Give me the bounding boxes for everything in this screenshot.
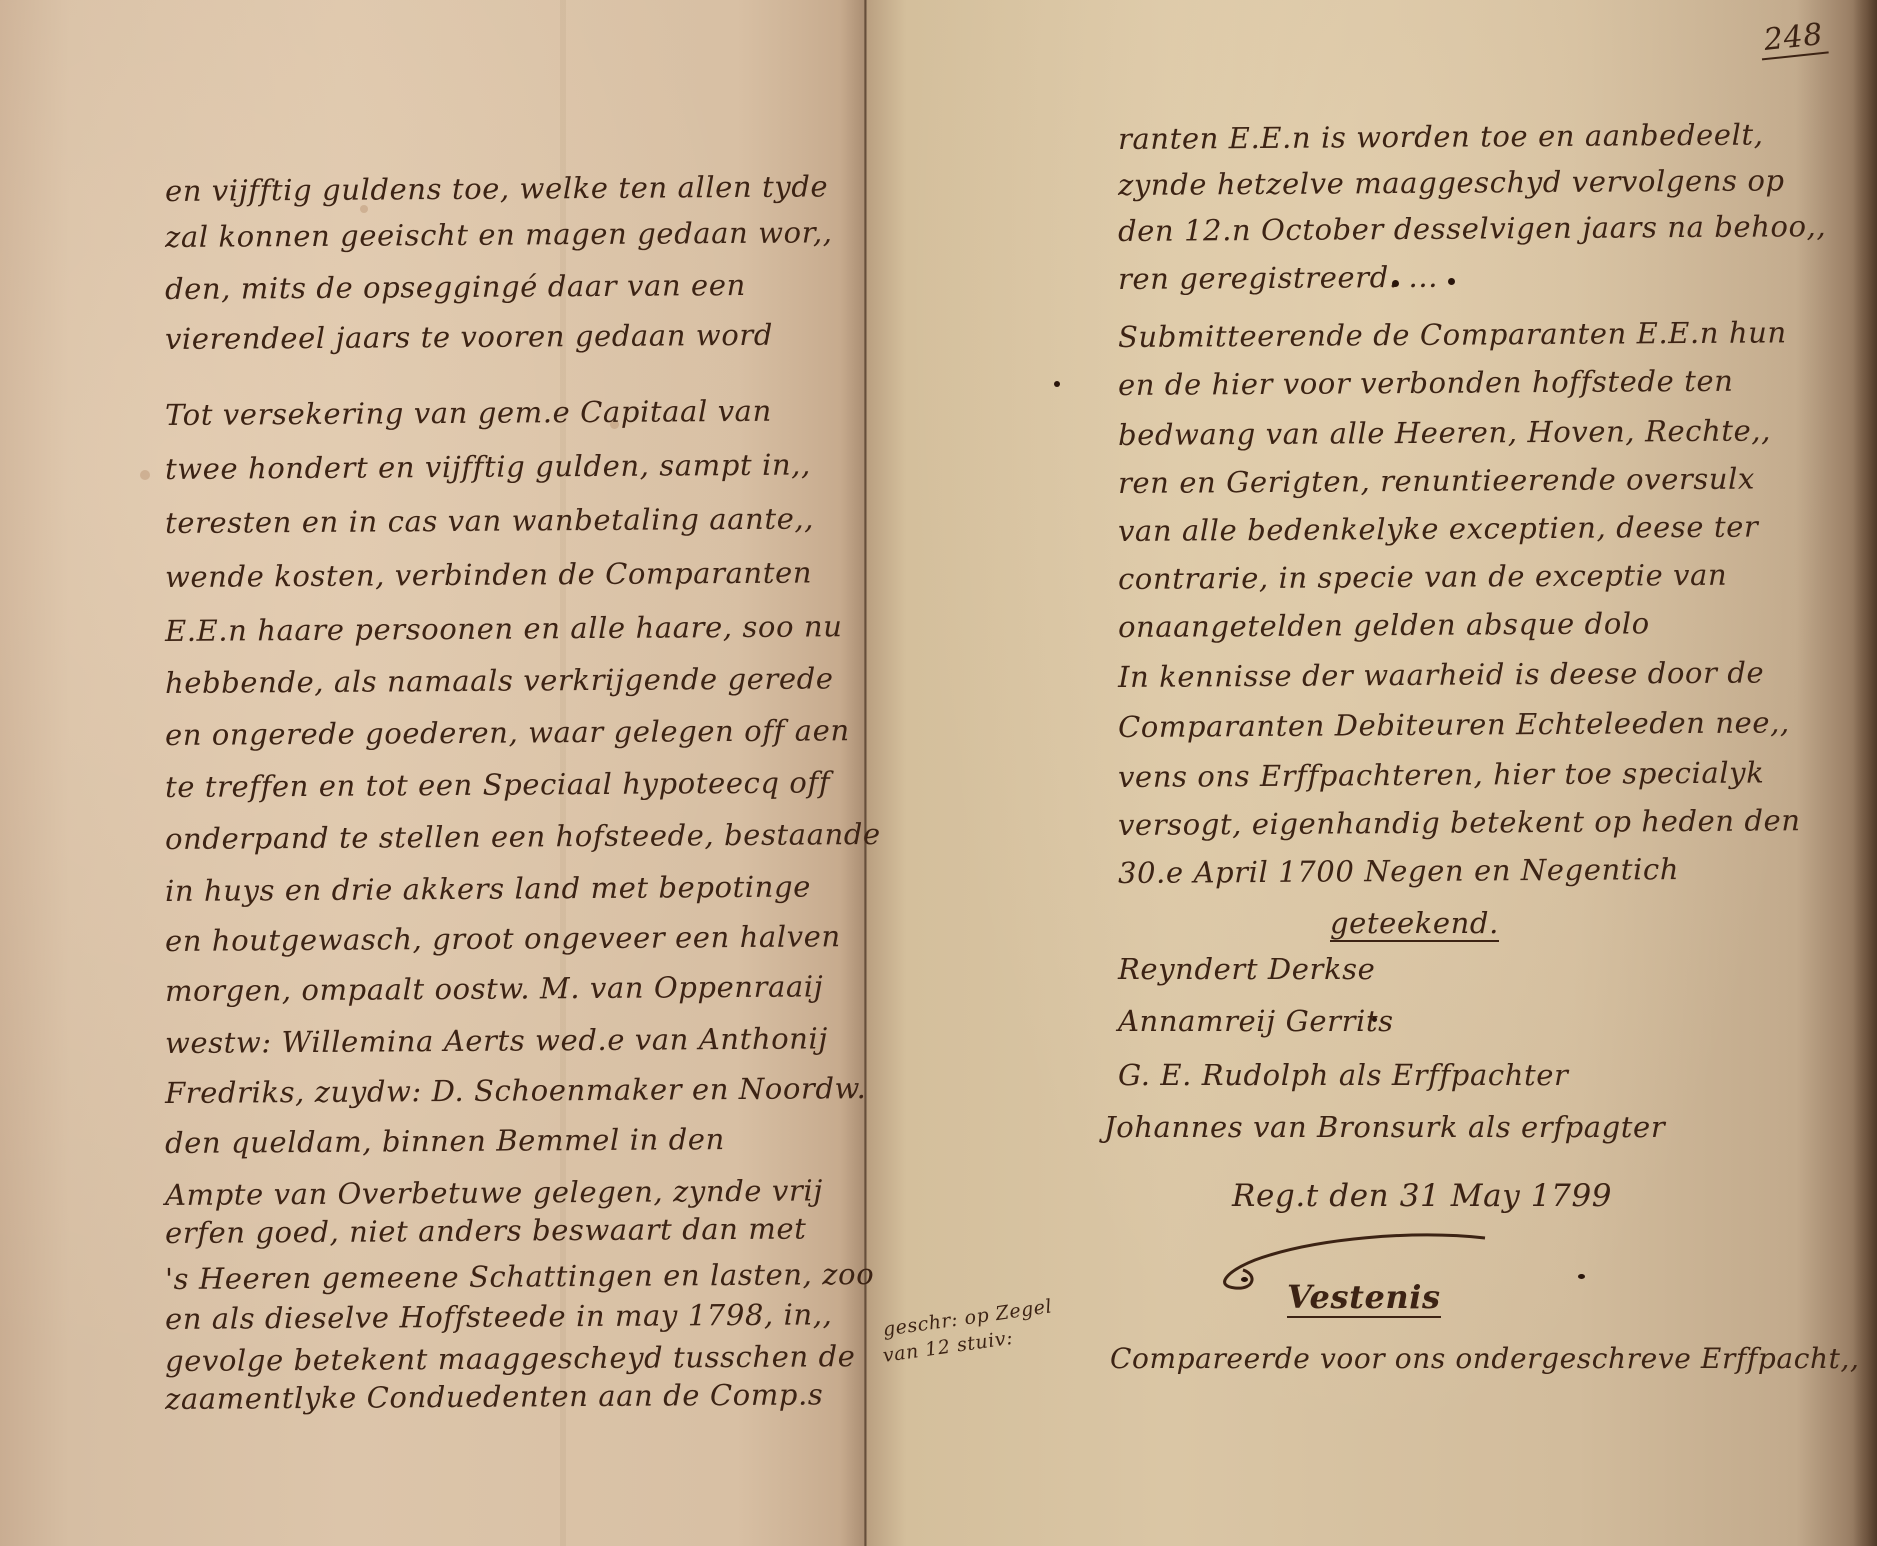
manuscript-line: den 12.n October desselvigen jaars na be… bbox=[1118, 209, 1826, 248]
manuscript-line: wende kosten, verbinden de Comparanten bbox=[165, 555, 812, 594]
manuscript-line: morgen, ompaalt oostw. M. van Oppenraaij bbox=[165, 969, 824, 1008]
ink-spot bbox=[1241, 1277, 1248, 1282]
manuscript-line: Compareerde voor ons ondergeschreve Erff… bbox=[1110, 1342, 1859, 1375]
manuscript-line: den queldam, binnen Bemmel in den bbox=[165, 1122, 725, 1160]
manuscript-line: Comparanten Debiteuren Echteleeden nee,, bbox=[1118, 705, 1790, 744]
manuscript-line: en houtgewasch, groot ongeveer een halve… bbox=[165, 919, 841, 958]
manuscript-line: vens ons Erffpachteren, hier toe special… bbox=[1118, 755, 1765, 794]
signature: Annamreij Gerrits bbox=[1118, 1004, 1394, 1038]
manuscript-line: en vijfftig guldens toe, welke ten allen… bbox=[165, 169, 828, 208]
book-gutter bbox=[864, 0, 867, 1546]
manuscript-line: contrarie, in specie van de exceptie van bbox=[1118, 558, 1727, 596]
ink-spot bbox=[1392, 280, 1399, 287]
manuscript-line: in huys en drie akkers land met bepoting… bbox=[165, 869, 811, 908]
manuscript-line: Fredriks, zuydw: D. Schoenmaker en Noord… bbox=[165, 1071, 867, 1110]
manuscript-line: erfen goed, niet anders beswaart dan met bbox=[165, 1212, 807, 1250]
section-heading: Vestenis bbox=[1287, 1278, 1441, 1318]
manuscript-line: Submitteerende de Comparanten E.E.n hun bbox=[1118, 315, 1787, 354]
signature: G. E. Rudolph als Erffpachter bbox=[1118, 1058, 1568, 1092]
ink-spot bbox=[1448, 278, 1455, 285]
manuscript-line: te treffen en tot een Speciaal hypoteecq… bbox=[165, 765, 830, 804]
manuscript-line: vierendeel jaars te vooren gedaan word bbox=[165, 318, 773, 356]
manuscript-line: zaamentlyke Conduedenten aan de Comp.s bbox=[165, 1377, 824, 1416]
manuscript-line: teresten en in cas van wanbetaling aante… bbox=[165, 501, 814, 540]
manuscript-line: bedwang van alle Heeren, Hoven, Rechte,, bbox=[1118, 413, 1771, 452]
ink-spot bbox=[1372, 1017, 1377, 1022]
manuscript-line: van alle bedenkelyke exceptien, deese te… bbox=[1118, 510, 1759, 548]
signature: Johannes van Bronsurk als erfpagter bbox=[1104, 1110, 1665, 1144]
ink-spot bbox=[1578, 1274, 1585, 1279]
manuscript-line: E.E.n haare persoonen en alle haare, soo… bbox=[165, 609, 843, 648]
manuscript-line: en ongerede goederen, waar gelegen off a… bbox=[165, 713, 850, 752]
manuscript-line: onderpand te stellen een hofsteede, best… bbox=[165, 817, 881, 856]
manuscript-line: onaangetelden gelden absque dolo bbox=[1118, 606, 1650, 644]
manuscript-line: zynde hetzelve maaggeschyd vervolgens op bbox=[1118, 163, 1785, 202]
paper-stain bbox=[140, 470, 150, 480]
signature: Reyndert Derkse bbox=[1118, 952, 1375, 986]
manuscript-line: versogt, eigenhandig betekent op heden d… bbox=[1118, 803, 1801, 842]
manuscript-line: ranten E.E.n is worden toe en aanbedeelt… bbox=[1118, 117, 1764, 156]
manuscript-line: 's Heeren gemeene Schattingen en lasten,… bbox=[165, 1257, 874, 1296]
manuscript-line: Tot versekering van gem.e Capitaal van bbox=[165, 394, 772, 432]
manuscript-line: Ampte van Overbetuwe gelegen, zynde vrij bbox=[165, 1173, 823, 1212]
manuscript-line: westw: Willemina Aerts wed.e van Anthoni… bbox=[165, 1021, 828, 1060]
ink-spot bbox=[1054, 381, 1060, 387]
manuscript-line: en als dieselve Hoffsteede in may 1798, … bbox=[165, 1297, 833, 1336]
manuscript-line: ren geregistreerd. ... bbox=[1118, 260, 1438, 296]
manuscript-line: hebbende, als namaals verkrijgende gered… bbox=[165, 661, 834, 700]
manuscript-line: In kennisse der waarheid is deese door d… bbox=[1118, 655, 1764, 694]
manuscript-line: zal konnen geeischt en magen gedaan wor,… bbox=[165, 215, 833, 254]
book-spread: en vijfftig guldens toe, welke ten allen… bbox=[0, 0, 1877, 1546]
manuscript-line: en de hier voor verbonden hoffstede ten bbox=[1118, 364, 1734, 402]
manuscript-line: gevolge betekent maaggescheyd tusschen d… bbox=[165, 1339, 856, 1378]
signed-heading: geteekend. bbox=[1330, 906, 1499, 942]
manuscript-line: 30.e April 1700 Negen en Negentich bbox=[1118, 852, 1679, 890]
manuscript-line: ren en Gerigten, renuntieerende oversulx bbox=[1118, 462, 1755, 500]
registration-note: Reg.t den 31 May 1799 bbox=[1232, 1178, 1612, 1214]
manuscript-line: twee hondert en vijfftig gulden, sampt i… bbox=[165, 447, 811, 486]
manuscript-line: den, mits de opseggingé daar van een bbox=[165, 268, 746, 306]
page-number: 248 bbox=[1758, 17, 1829, 61]
